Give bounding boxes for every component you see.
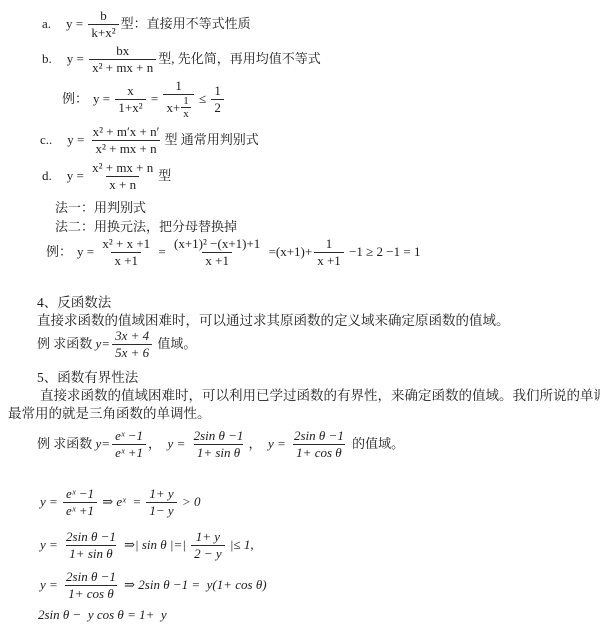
fraction: x 1+x² (115, 83, 145, 115)
formula-item-c: c.. y = x² + m′x + n′ x² + mx + n 型 通常用判… (40, 124, 259, 156)
formula-item-d: d. y = x² + mx + n x + n 型 (42, 160, 171, 192)
item-a-label: a. (42, 16, 51, 33)
fraction: (x+1)² −(x+1)+1 x +1 (171, 236, 263, 268)
section-4-example-formula: 例 求函数 y= 3x + 4 5x + 6 值域。 (37, 328, 196, 360)
example-label: 例： (46, 244, 72, 261)
method-one-text: 法一：用判别式 (55, 200, 146, 217)
math-text: |≤ 1, (227, 537, 254, 554)
fraction: 2sin θ −1 1+ cos θ (291, 428, 347, 460)
fraction: 1 2 (211, 83, 224, 115)
range-text: 值域。 (154, 336, 196, 353)
math-text: y= (96, 336, 111, 353)
method-two-text: 法二：用换元法，把分母替换掉 (55, 219, 237, 236)
section-5-example-formula: 例 求函数 y= eˣ −1 eˣ +1 ， y = 2sin θ −1 1+ … (37, 428, 404, 460)
fraction: b k+x² (88, 8, 118, 40)
formula-item-a: a. y = b k+x² 型：直接用不等式性质 (42, 8, 251, 40)
item-a-description: 型：直接用不等式性质 (121, 16, 251, 33)
math-text: ⇒ 2sin θ −1 = y(1+ cos θ) (121, 577, 267, 594)
fraction: 1+ y 2 − y (191, 529, 225, 561)
formula-item-b: b. y = bx x² + mx + n 型, 先化简，再用均值不等式 (42, 43, 321, 75)
derivation-line-4: 2sin θ − y cos θ = 1+ y (38, 607, 167, 624)
fraction: 3x + 4 5x + 6 (112, 328, 152, 360)
item-b-label: b. (42, 51, 52, 68)
fraction: x² + x +1 x +1 (99, 236, 153, 268)
math-text: y = (168, 436, 189, 453)
derivation-line-1: y = eˣ −1 eˣ +1 ⇒ eˣ = 1+ y 1− y > 0 (40, 486, 200, 518)
example-d-formula: 例： y = x² + x +1 x +1 = (x+1)² −(x+1)+1 … (46, 236, 420, 268)
example-label: 例： (62, 91, 88, 108)
document-page: a. y = b k+x² 型：直接用不等式性质 b. y = bx x² + … (0, 0, 600, 629)
fraction-nested: 1 x+ 1 x (163, 78, 193, 121)
section-5-paragraph-line1: 直接求函数的值域困难时，可以利用已学过函数的有界性，来确定函数的值域。我们所说的… (40, 387, 600, 405)
example-label: 例 求函数 (37, 336, 96, 353)
math-text: y = (67, 132, 87, 149)
fraction: bx x² + mx + n (89, 43, 156, 75)
math-text: y= (96, 436, 111, 453)
math-text: > 0 (179, 494, 201, 511)
derivation-line-2: y = 2sin θ −1 1+ sin θ ⇒| sin θ |=| 1+ y… (40, 529, 254, 561)
math-text: y = (40, 577, 61, 594)
math-text: 2sin θ − y cos θ = 1+ y (38, 607, 167, 624)
item-d-description: 型 (158, 168, 171, 185)
math-text: =(x+1)+ (265, 244, 312, 261)
derivation-line-3: y = 2sin θ −1 1+ cos θ ⇒ 2sin θ −1 = y(1… (40, 569, 267, 601)
fraction: x² + mx + n x + n (89, 160, 156, 192)
section-5-heading: 5、函数有界性法 (37, 369, 138, 387)
math-text: y = (66, 16, 86, 33)
fraction: eˣ −1 eˣ +1 (112, 428, 146, 460)
math-text: ⇒| sin θ |=| (121, 537, 189, 554)
math-text: = (155, 244, 169, 261)
section-4-paragraph: 直接求函数的值域困难时，可以通过求其原函数的定义域来确定原函数的值域。 (37, 312, 510, 330)
fraction: 1 x +1 (314, 236, 344, 268)
section-5-paragraph-line2: 最常用的就是三角函数的单调性。 (8, 405, 211, 423)
item-c-label: c.. (40, 132, 52, 149)
math-text: −1 ≥ 2 −1 = 1 (346, 244, 421, 261)
fraction: 2sin θ −1 1+ sin θ (191, 428, 247, 460)
math-text: y = (40, 494, 61, 511)
fraction: eˣ −1 eˣ +1 (63, 486, 97, 518)
item-c-description: 型 通常用判别式 (165, 132, 259, 149)
range-text: 的值域。 (349, 436, 404, 453)
math-text: y = (40, 537, 61, 554)
math-text: ⇒ eˣ = (99, 494, 144, 511)
section-4-heading: 4、反函数法 (37, 294, 111, 312)
math-text: y = (93, 91, 113, 108)
example-b-formula: 例： y = x 1+x² = 1 x+ 1 x ≤ 1 2 (62, 78, 226, 121)
fraction: x² + m′x + n′ x² + mx + n (90, 124, 163, 156)
denominator-row: x+ 1 x (163, 94, 193, 121)
item-b-description: 型, 先化简，再用均值不等式 (158, 51, 321, 68)
math-text: y = (77, 244, 97, 261)
math-text: y = (268, 436, 289, 453)
separator: ， (248, 436, 268, 453)
item-d-label: d. (42, 168, 52, 185)
math-text: = (148, 91, 162, 108)
separator: ， (148, 436, 168, 453)
fraction: 2sin θ −1 1+ cos θ (63, 569, 119, 601)
math-text: ≤ (196, 91, 210, 108)
fraction: 2sin θ −1 1+ sin θ (63, 529, 119, 561)
inner-fraction: 1 x (181, 95, 191, 121)
fraction: 1+ y 1− y (146, 486, 176, 518)
math-text: y = (67, 168, 87, 185)
math-text: y = (67, 51, 87, 68)
example-label: 例 求函数 (37, 436, 96, 453)
